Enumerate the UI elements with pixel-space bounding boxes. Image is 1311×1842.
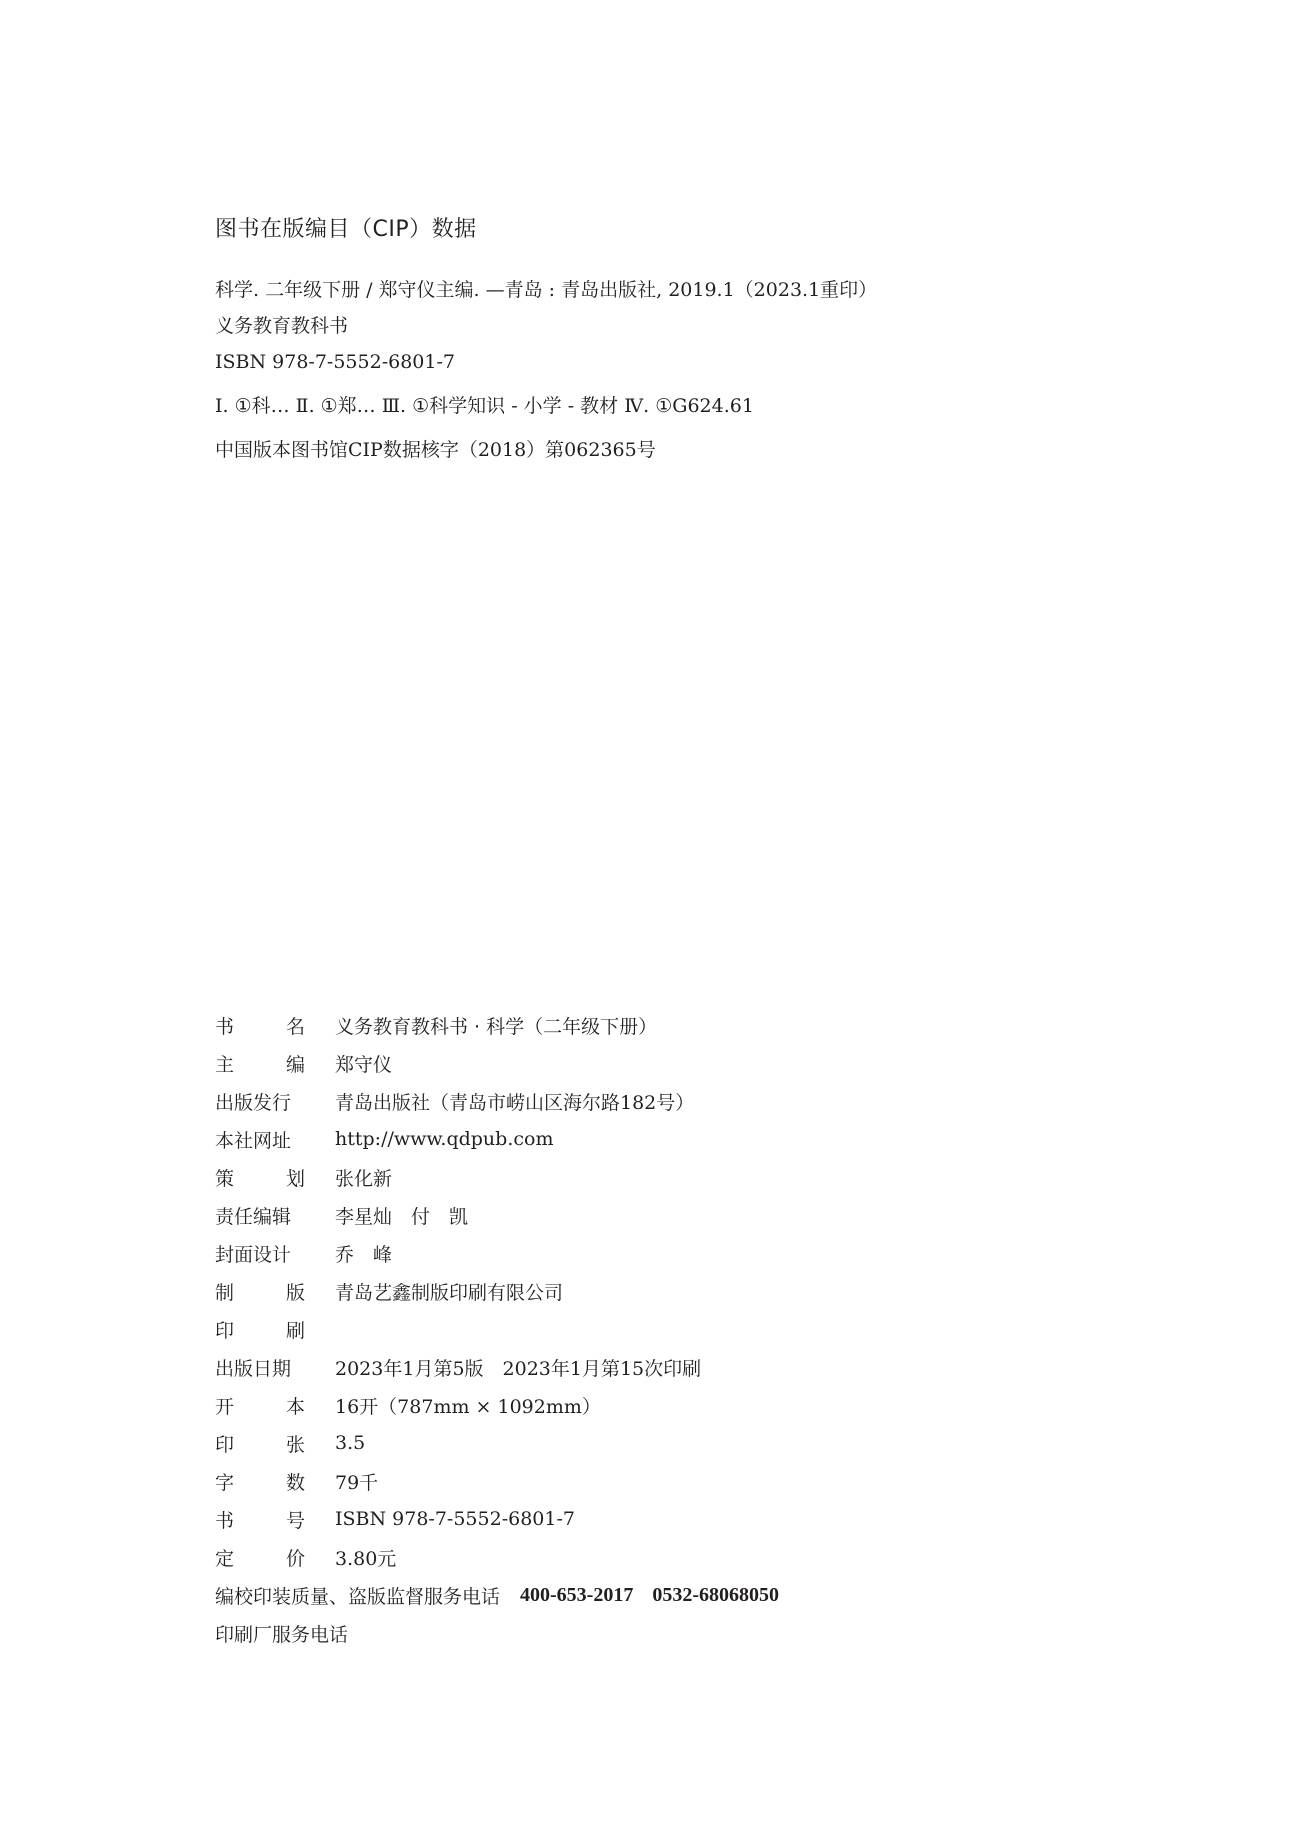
publisher-website-link[interactable]: http://www.qdpub.com bbox=[335, 1128, 553, 1150]
quality-hotline-numbers: 400-653-2017 0532-68068050 bbox=[520, 1584, 779, 1607]
format: 16开（787mm × 1092mm） bbox=[335, 1392, 601, 1419]
publisher: 青岛出版社（青岛市崂山区海尔路182号） bbox=[335, 1088, 694, 1115]
colophon-row-planner: 策划 张化新 bbox=[215, 1158, 779, 1196]
copyright-page: 图书在版编目（CIP）数据 科学. 二年级下册 / 郑守仪主编. —青岛 : 青… bbox=[0, 0, 1311, 1842]
colophon-row-printer-hotline: 印刷厂服务电话 bbox=[215, 1614, 779, 1652]
printed-sheets: 3.5 bbox=[335, 1432, 365, 1454]
colophon-row-quality-hotline: 编校印装质量、盗版监督服务电话 400-653-2017 0532-680680… bbox=[215, 1576, 779, 1614]
colophon-row-title: 书名 义务教育教科书 · 科学（二年级下册） bbox=[215, 1006, 779, 1044]
isbn: ISBN 978-7-5552-6801-7 bbox=[335, 1508, 575, 1530]
colophon-row-price: 定价 3.80元 bbox=[215, 1538, 779, 1576]
responsible-editors: 李星灿 付 凯 bbox=[335, 1202, 468, 1229]
cip-line-title: 科学. 二年级下册 / 郑守仪主编. —青岛 : 青岛出版社, 2019.1（2… bbox=[215, 272, 877, 308]
colophon-row-isbn: 书号 ISBN 978-7-5552-6801-7 bbox=[215, 1500, 779, 1538]
plate-maker: 青岛艺鑫制版印刷有限公司 bbox=[335, 1278, 563, 1305]
publish-date: 2023年1月第5版 2023年1月第15次印刷 bbox=[335, 1354, 701, 1381]
colophon-row-plate-making: 制版 青岛艺鑫制版印刷有限公司 bbox=[215, 1272, 779, 1310]
colophon: 书名 义务教育教科书 · 科学（二年级下册） 主编 郑守仪 出版发行 青岛出版社… bbox=[215, 1006, 779, 1652]
cip-heading: 图书在版编目（CIP）数据 bbox=[215, 212, 477, 243]
colophon-row-website: 本社网址 http://www.qdpub.com bbox=[215, 1120, 779, 1158]
chief-editor: 郑守仪 bbox=[335, 1050, 392, 1077]
cip-line-isbn: ISBN 978-7-5552-6801-7 bbox=[215, 344, 877, 380]
quality-hotline-label: 编校印装质量、盗版监督服务电话 bbox=[215, 1582, 500, 1609]
cip-line-approval: 中国版本图书馆CIP数据核字（2018）第062365号 bbox=[215, 432, 877, 468]
colophon-row-publisher: 出版发行 青岛出版社（青岛市崂山区海尔路182号） bbox=[215, 1082, 779, 1120]
colophon-row-cover-design: 封面设计 乔 峰 bbox=[215, 1234, 779, 1272]
colophon-row-format: 开本 16开（787mm × 1092mm） bbox=[215, 1386, 779, 1424]
colophon-row-editor: 主编 郑守仪 bbox=[215, 1044, 779, 1082]
colophon-row-word-count: 字数 79千 bbox=[215, 1462, 779, 1500]
word-count: 79千 bbox=[335, 1468, 378, 1495]
colophon-row-responsible-editor: 责任编辑 李星灿 付 凯 bbox=[215, 1196, 779, 1234]
cip-record: 科学. 二年级下册 / 郑守仪主编. —青岛 : 青岛出版社, 2019.1（2… bbox=[215, 272, 877, 468]
planner: 张化新 bbox=[335, 1164, 392, 1191]
cip-line-subjects: Ⅰ. ①科… Ⅱ. ①郑… Ⅲ. ①科学知识 - 小学 - 教材 Ⅳ. ①G62… bbox=[215, 388, 877, 424]
price: 3.80元 bbox=[335, 1544, 396, 1571]
colophon-row-sheets: 印张 3.5 bbox=[215, 1424, 779, 1462]
colophon-row-printing: 印刷 bbox=[215, 1310, 779, 1348]
cip-line-series: 义务教育教科书 bbox=[215, 308, 877, 344]
book-title: 义务教育教科书 · 科学（二年级下册） bbox=[335, 1012, 657, 1039]
printer-hotline-label: 印刷厂服务电话 bbox=[215, 1620, 348, 1647]
cover-designer: 乔 峰 bbox=[335, 1240, 392, 1267]
colophon-row-publish-date: 出版日期 2023年1月第5版 2023年1月第15次印刷 bbox=[215, 1348, 779, 1386]
